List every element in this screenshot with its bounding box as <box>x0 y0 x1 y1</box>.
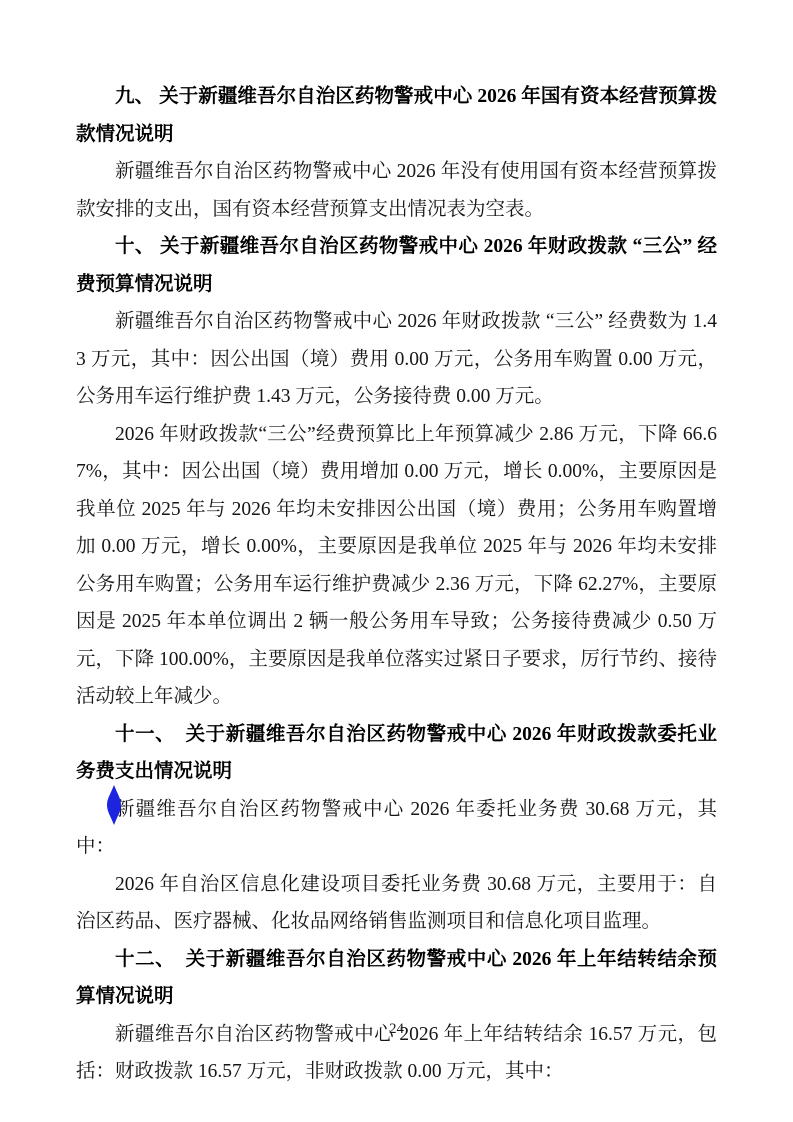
heading-section-12: 十二、 关于新疆维吾尔自治区药物警戒中心 2026 年上年结转结余预算情况说明 <box>76 941 717 1016</box>
heading-section-9: 九、 关于新疆维吾尔自治区药物警戒中心 2026 年国有资本经营预算拨款情况说明 <box>76 78 717 153</box>
heading-section-11: 十一、 关于新疆维吾尔自治区药物警戒中心 2026 年财政拨款委托业务费支出情况… <box>76 716 717 791</box>
paragraph-entrusted-services-total: 新疆维吾尔自治区药物警戒中心 2026 年委托业务费 30.68 万元，其中： <box>76 791 717 866</box>
paragraph-entrusted-services-detail: 2026 年自治区信息化建设项目委托业务费 30.68 万元，主要用于：自治区药… <box>76 866 717 941</box>
paragraph-state-capital-budget: 新疆维吾尔自治区药物警戒中心 2026 年没有使用国有资本经营预算拨款安排的支出… <box>76 153 717 228</box>
heading-section-10: 十、 关于新疆维吾尔自治区药物警戒中心 2026 年财政拨款 “三公” 经费预算… <box>76 228 717 303</box>
page-number: 24 <box>0 1021 793 1038</box>
paragraph-three-public-comparison: 2026 年财政拨款“三公”经费预算比上年预算减少 2.86 万元，下降 66.… <box>76 416 717 716</box>
paragraph-three-public-budget: 新疆维吾尔自治区药物警戒中心 2026 年财政拨款 “三公” 经费数为 1.43… <box>76 303 717 416</box>
document-body: 九、 关于新疆维吾尔自治区药物警戒中心 2026 年国有资本经营预算拨款情况说明… <box>76 78 717 1091</box>
document-page: 九、 关于新疆维吾尔自治区药物警戒中心 2026 年国有资本经营预算拨款情况说明… <box>0 0 793 1122</box>
